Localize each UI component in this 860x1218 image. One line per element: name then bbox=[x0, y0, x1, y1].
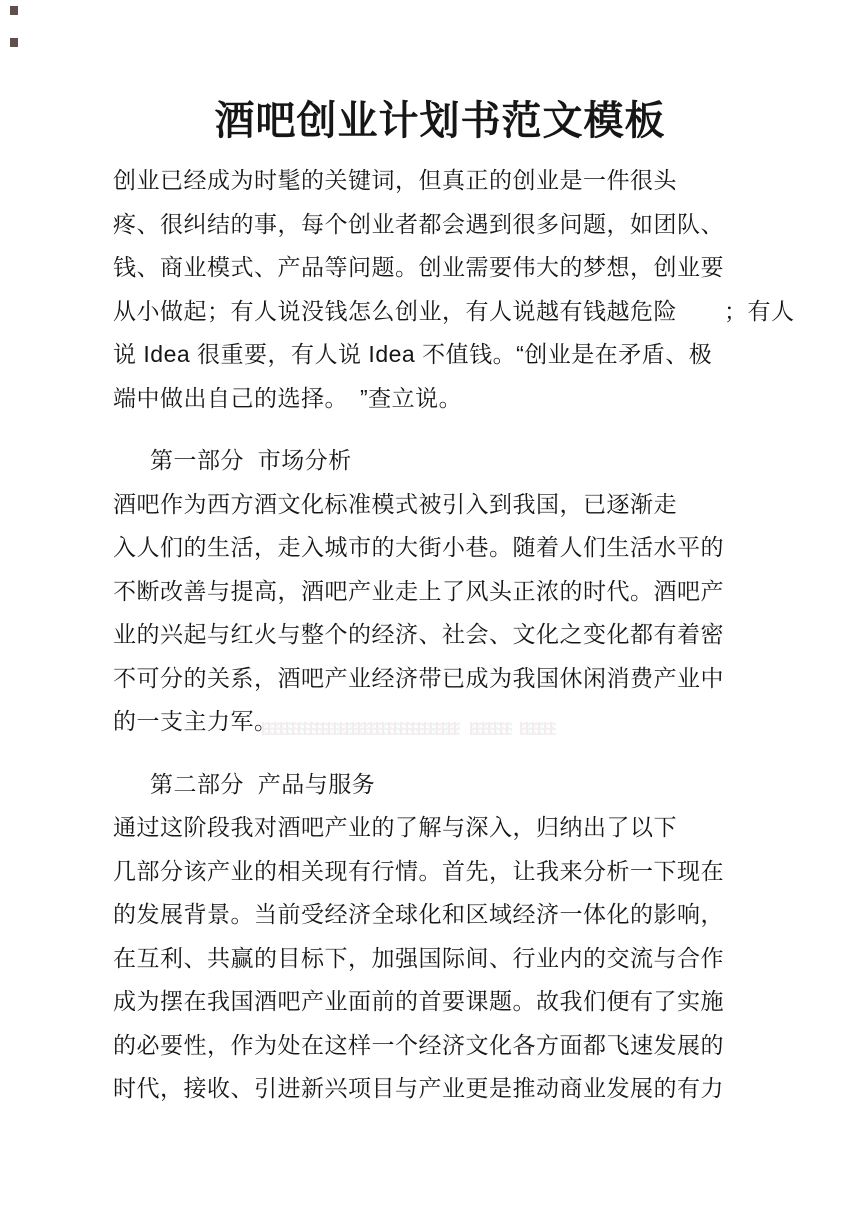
text-line: 说 Idea 很重要，有人说 Idea 不值钱。“创业是在矛盾、极 bbox=[113, 333, 813, 377]
text-line: 通过这阶段我对酒吧产业的了解与深入，归纳出了以下 bbox=[113, 806, 813, 850]
watermark-speckle bbox=[262, 722, 460, 735]
text-line: 业的兴起与红火与整个的经济、社会、文化之变化都有着密 bbox=[113, 613, 813, 657]
text-line: 几部分该产业的相关现有行情。首先，让我来分析一下现在 bbox=[113, 850, 813, 894]
text-line: 的发展背景。当前受经济全球化和区域经济一体化的影响， bbox=[113, 893, 813, 937]
text-line: 不可分的关系，酒吧产业经济带已成为我国休闲消费产业中 bbox=[113, 657, 813, 701]
text-line: 端中做出自己的选择。 ”查立说。 bbox=[113, 377, 813, 421]
text-line: 从小做起；有人说没钱怎么创业，有人说越有钱越危险 ；有人 bbox=[113, 290, 813, 334]
page-artifact-mark bbox=[10, 38, 18, 47]
text-line: 创业已经成为时髦的关键词，但真正的创业是一件很头 bbox=[113, 159, 813, 203]
text-line: 不断改善与提高，酒吧产业走上了风头正浓的时代。酒吧产 bbox=[113, 570, 813, 614]
text-line: 时代，接收、引进新兴项目与产业更是推动商业发展的有力 bbox=[113, 1067, 813, 1111]
text-line: 在互利、共赢的目标下，加强国际间、行业内的交流与合作 bbox=[113, 937, 813, 981]
text-line: 酒吧作为西方酒文化标准模式被引入到我国，已逐渐走 bbox=[113, 483, 813, 527]
page-artifact-mark bbox=[10, 6, 18, 15]
section-heading: 第二部分 产品与服务 bbox=[113, 763, 813, 807]
document-page: 酒吧创业计划书范文模板 创业已经成为时髦的关键词，但真正的创业是一件很头疼、很纠… bbox=[0, 0, 860, 1218]
text-line: 的一支主力军。 bbox=[113, 700, 813, 744]
document-title: 酒吧创业计划书范文模板 bbox=[10, 93, 860, 149]
document-body: 创业已经成为时髦的关键词，但真正的创业是一件很头疼、很纠结的事，每个创业者都会遇… bbox=[113, 159, 813, 1111]
text-line: 入人们的生活，走入城市的大街小巷。随着人们生活水平的 bbox=[113, 526, 813, 570]
text-line: 的必要性，作为处在这样一个经济文化各方面都飞速发展的 bbox=[113, 1024, 813, 1068]
section-heading: 第一部分 市场分析 bbox=[113, 439, 813, 483]
text-line: 成为摆在我国酒吧产业面前的首要课题。故我们便有了实施 bbox=[113, 980, 813, 1024]
watermark-speckle bbox=[470, 722, 512, 735]
text-line: 疼、很纠结的事，每个创业者都会遇到很多问题，如团队、 bbox=[113, 203, 813, 247]
text-line: 钱、商业模式、产品等问题。创业需要伟大的梦想，创业要 bbox=[113, 246, 813, 290]
watermark-speckle bbox=[520, 722, 556, 735]
